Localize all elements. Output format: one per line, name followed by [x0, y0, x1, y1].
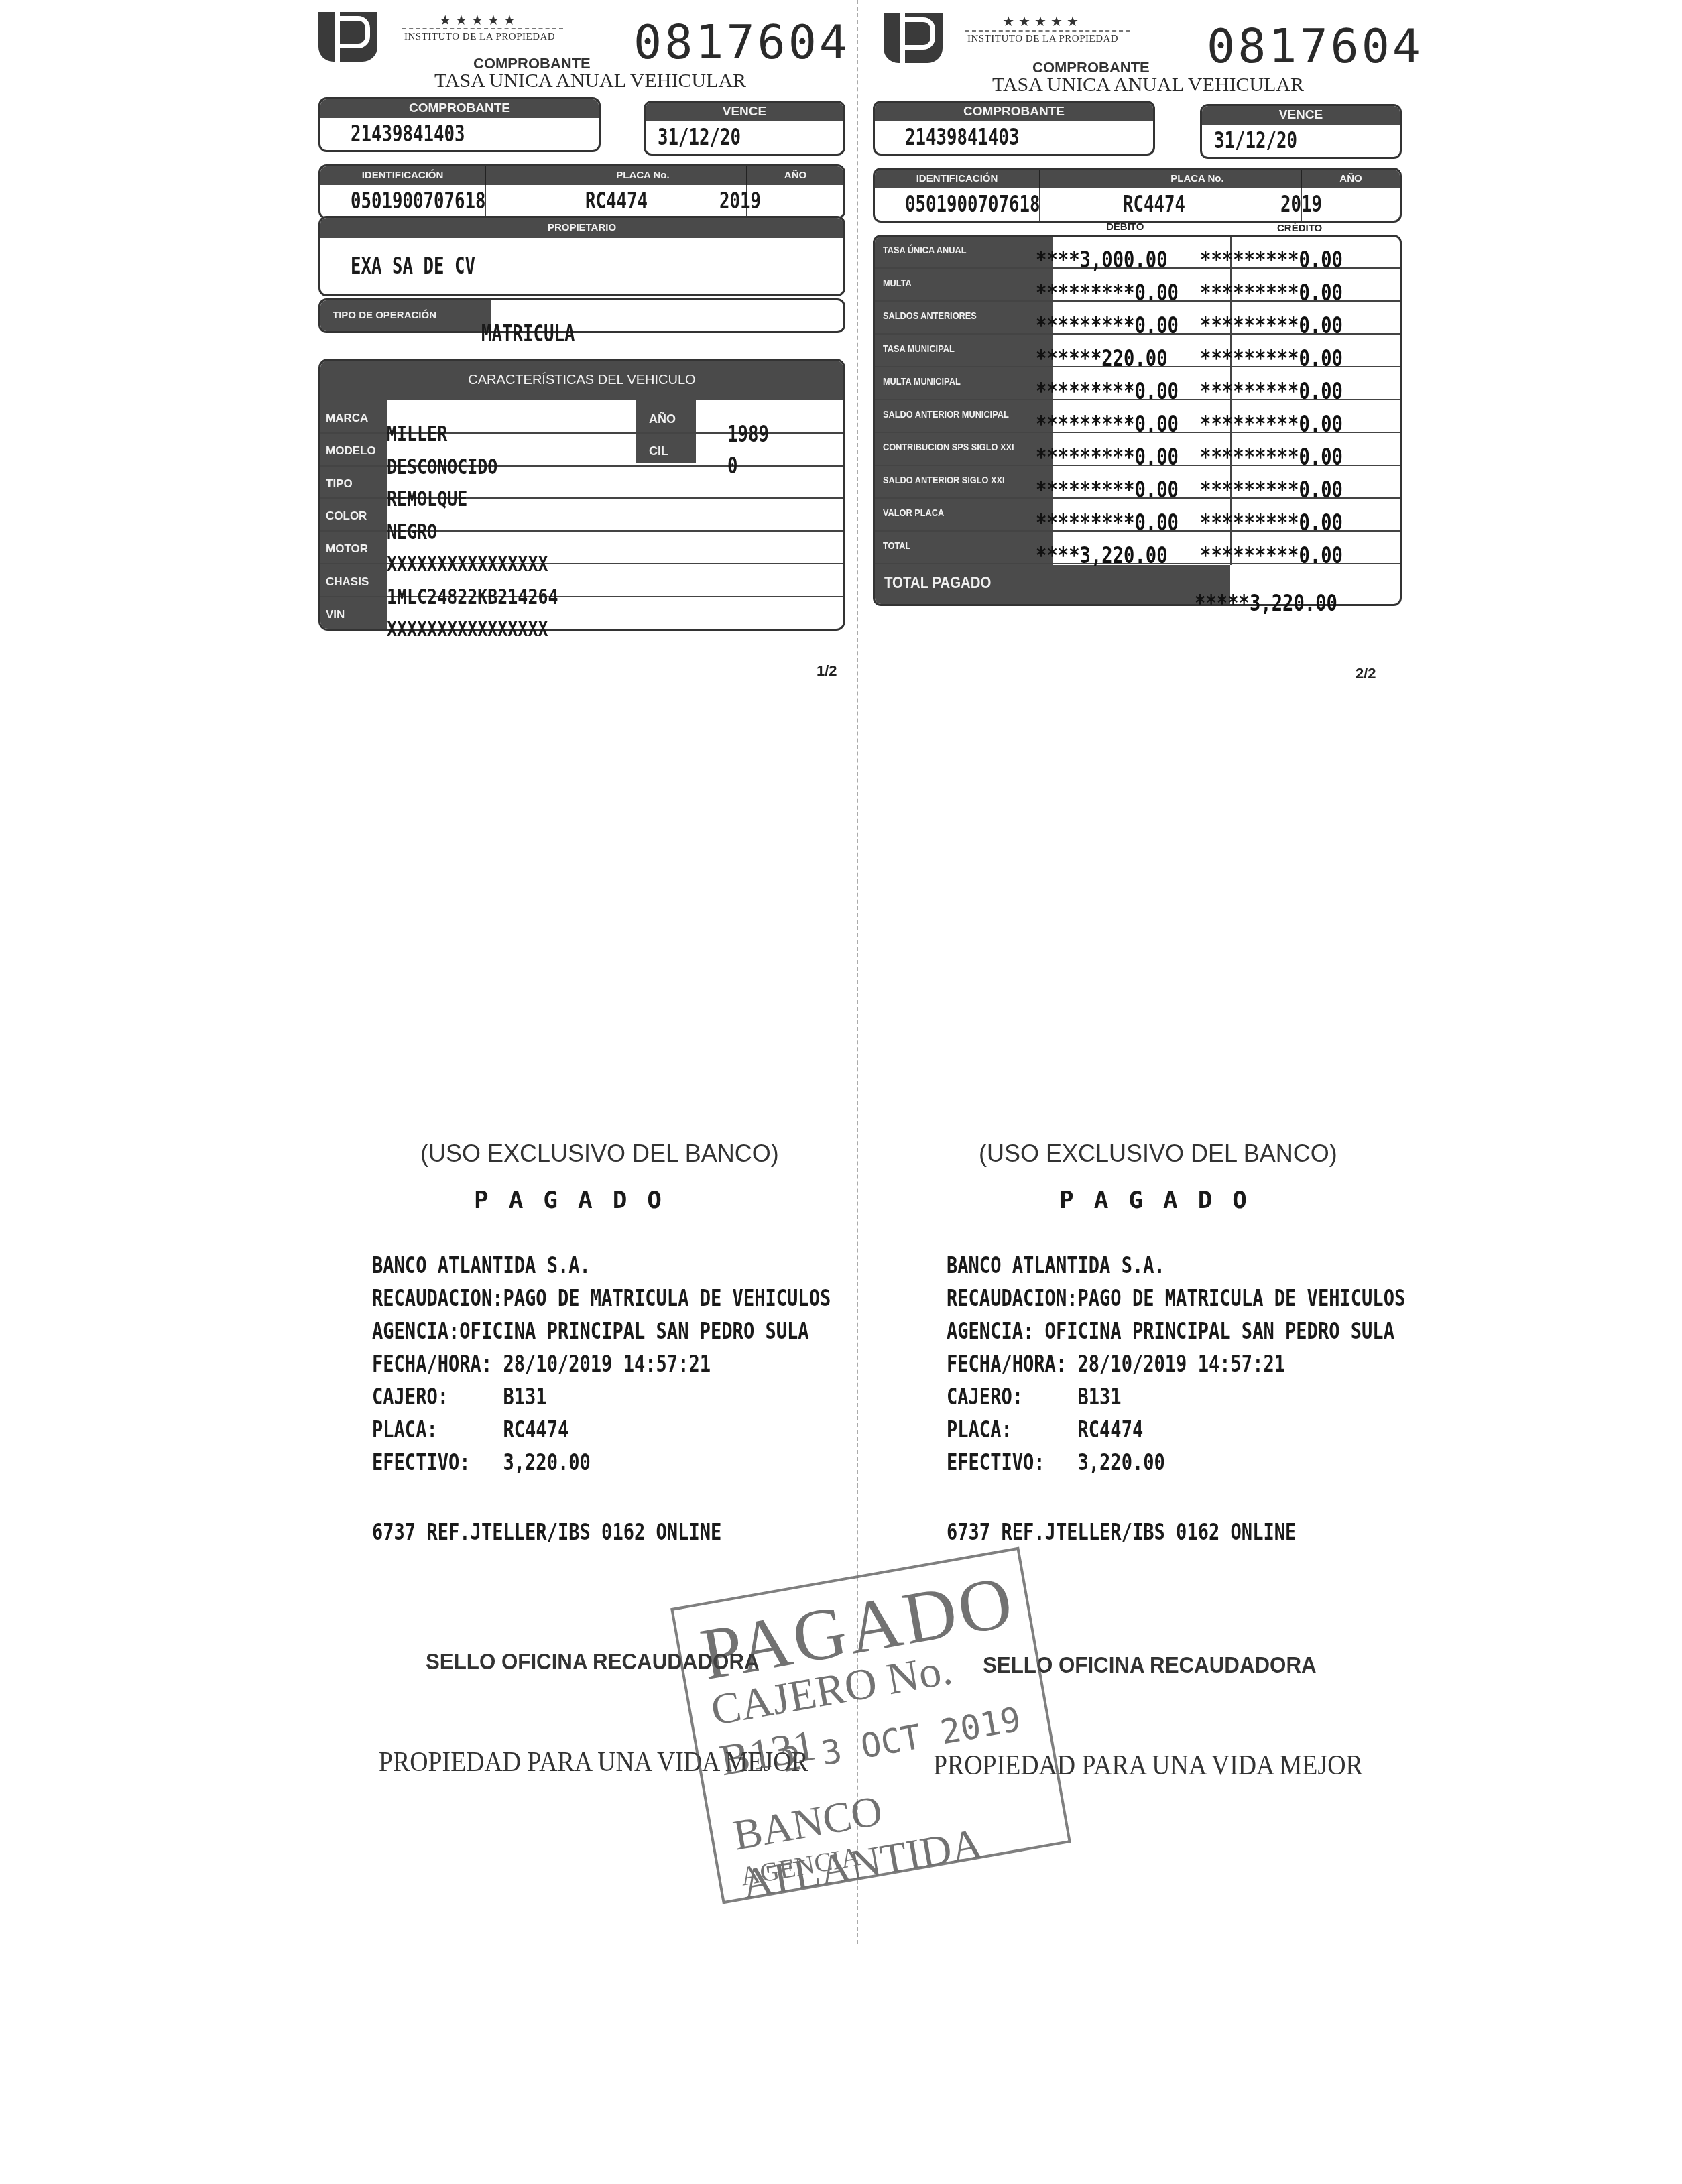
bank-line: FECHA/HORA: 28/10/2019 14:57:21 — [947, 1351, 1285, 1377]
bank-line: BANCO ATLANTIDA S.A. — [947, 1252, 1165, 1278]
vence-value: 31/12/20 — [1214, 127, 1297, 154]
bank-line: RECAUDACION:PAGO DE MATRICULA DE VEHICUL… — [372, 1285, 831, 1311]
bank-line: AGENCIA:OFICINA PRINCIPAL SAN PEDRO SULA — [372, 1318, 809, 1344]
charge-label: TASA MUNICIPAL — [883, 343, 955, 355]
placa-value: RC4474 — [1123, 191, 1185, 217]
paid-status: PAGADO — [1059, 1187, 1267, 1214]
credito-value: *********0.00 — [1200, 444, 1343, 471]
debito-value: ******220.00 — [1036, 345, 1168, 372]
bank-line: PLACA: RC4474 — [372, 1416, 568, 1443]
vence-box: VENCE 31/12/20 — [1200, 104, 1402, 159]
credito-value: *********0.00 — [1200, 345, 1343, 372]
vence-label: VENCE — [1202, 106, 1400, 125]
bank-line: CAJERO: B131 — [947, 1384, 1122, 1410]
receipt-copy-2: ★★★★★ INSTITUTO DE LA PROPIEDAD 0817604 … — [0, 0, 1682, 737]
debito-value: *********0.00 — [1036, 411, 1179, 438]
bank-line: BANCO ATLANTIDA S.A. — [372, 1252, 591, 1278]
charge-label: SALDO ANTERIOR MUNICIPAL — [883, 409, 1009, 420]
credito-value: *********0.00 — [1200, 247, 1343, 274]
ip-logo-icon — [884, 13, 943, 63]
identificacion-box: IDENTIFICACIÓN PLACA No. AÑO 05019007076… — [873, 168, 1402, 223]
charge-label: VALOR PLACA — [883, 507, 944, 519]
debito-value: *********0.00 — [1036, 477, 1179, 503]
paid-stamp: PAGADO CAJERO No. B131 2 3 OCT 2019 BANC… — [670, 1547, 1071, 1904]
page-number: 2/2 — [1356, 665, 1376, 682]
credito-value: *********0.00 — [1200, 542, 1343, 569]
charge-label: TASA ÚNICA ANUAL — [883, 245, 966, 256]
bank-line: FECHA/HORA: 28/10/2019 14:57:21 — [372, 1351, 711, 1377]
credito-value: *********0.00 — [1200, 280, 1343, 306]
bank-line: EFECTIVO: 3,220.00 — [372, 1449, 591, 1475]
debito-value: *********0.00 — [1036, 378, 1179, 405]
credito-value: *********0.00 — [1200, 477, 1343, 503]
document-title: TASA UNICA ANUAL VEHICULAR — [992, 74, 1304, 97]
divider — [965, 30, 1130, 32]
charge-label: MULTA MUNICIPAL — [883, 376, 961, 387]
debito-value: *********0.00 — [1036, 280, 1179, 306]
bank-line: EFECTIVO: 3,220.00 — [947, 1449, 1165, 1475]
charge-label: TOTAL — [883, 540, 910, 552]
bank-line: CAJERO: B131 — [372, 1384, 547, 1410]
debito-value: ****3,220.00 — [1036, 542, 1168, 569]
paid-status: PAGADO — [474, 1187, 682, 1214]
stars-icon: ★★★★★ — [965, 13, 1120, 30]
bank-reference: 6737 REF.JTELLER/IBS 0162 ONLINE — [947, 1519, 1296, 1545]
institution-name: INSTITUTO DE LA PROPIEDAD — [967, 34, 1118, 45]
total-pagado-label: TOTAL PAGADO — [884, 574, 991, 593]
comprobante-label: COMPROBANTE — [875, 103, 1153, 121]
bank-header: (USO EXCLUSIVO DEL BANCO) — [979, 1140, 1337, 1168]
stamp-bank: BANCO ATLANTIDA — [729, 1754, 1070, 1909]
credito-value: *********0.00 — [1200, 378, 1343, 405]
debito-value: *********0.00 — [1036, 312, 1179, 339]
total-pagado-value: *****3,220.00 — [1195, 590, 1337, 617]
debito-header: DÉBITO — [1106, 221, 1144, 233]
credito-header: CRÉDITO — [1277, 223, 1322, 234]
credito-value: *********0.00 — [1200, 312, 1343, 339]
debito-value: *********0.00 — [1036, 509, 1179, 536]
charge-label: CONTRIBUCION SPS SIGLO XXI — [883, 442, 1014, 453]
anio-value: 2019 — [1280, 191, 1322, 217]
credito-value: *********0.00 — [1200, 509, 1343, 536]
credito-value: *********0.00 — [1200, 411, 1343, 438]
charge-label: MULTA — [883, 278, 912, 289]
debito-value: *********0.00 — [1036, 444, 1179, 471]
anio-label: AÑO — [1301, 170, 1400, 188]
bank-line: PLACA: RC4474 — [947, 1416, 1143, 1443]
placa-label: PLACA No. — [1039, 170, 1301, 188]
comprobante-box: COMPROBANTE 21439841403 — [873, 101, 1155, 156]
charge-label: SALDO ANTERIOR SIGLO XXI — [883, 475, 1005, 486]
identificacion-label: IDENTIFICACIÓN — [875, 170, 1039, 188]
bank-header: (USO EXCLUSIVO DEL BANCO) — [420, 1140, 779, 1168]
serial-number: 0817604 — [1207, 19, 1423, 74]
comprobante-value: 21439841403 — [905, 124, 1019, 150]
debito-value: ****3,000.00 — [1036, 247, 1168, 274]
identificacion-value: 0501900707618 — [905, 191, 1040, 217]
charge-label: SALDOS ANTERIORES — [883, 310, 977, 322]
bank-reference: 6737 REF.JTELLER/IBS 0162 ONLINE — [372, 1519, 721, 1545]
bank-line: RECAUDACION:PAGO DE MATRICULA DE VEHICUL… — [947, 1285, 1405, 1311]
bank-line: AGENCIA: OFICINA PRINCIPAL SAN PEDRO SUL… — [947, 1318, 1394, 1344]
